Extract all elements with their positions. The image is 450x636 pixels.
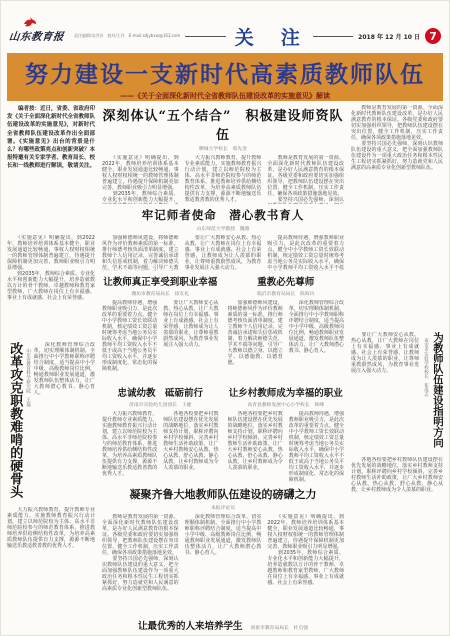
article-5-byline: 济南市实验幼儿园园长 王婕	[102, 401, 219, 408]
right-column: 教师是教育发展的第一资源。全面深化新时代教师队伍建设改革，是办好人民满意教育的根…	[351, 105, 443, 631]
page-header: 山东教育报 责任编辑/宋洪昌 校对/王玲 E-mail:sdjybxw@163.…	[9, 23, 441, 49]
section-title: 关 注	[231, 23, 308, 50]
article-row-2: 忠诚幼教 砥砺前行 济南市实验幼儿园园长 王婕 大力振兴教师教育，提升教师专业素…	[102, 385, 344, 483]
right-body-bottom: 各地各校要把乡村教师队伍建设摆在优先发展的战略地位，落实乡村教师支持计划，职称评…	[351, 457, 443, 631]
editor-note: 编者按：近日，省委、省政府印发《关于全面深化新时代全省教师队伍建设改革的实施意见…	[7, 105, 95, 235]
article-2-col-3: 提高教师待遇，增强教师职业吸引力，是此次改革的重要着力点。健全中小学教师工资长效…	[267, 235, 344, 271]
article-4-col-2: 深化教师管理综合改革，切实理顺体制机制。全面推行中小学教师职称评聘结合制度，适当…	[289, 300, 344, 382]
article-1: 深刻体认“五个结合” 积极建设师资队伍 聊城大学校长 蔡先金 《实施意见》明确提…	[102, 105, 344, 204]
article-6: 让乡村教师成为幸福的职业 高青县教师发展中心小学校长 韩峰 各地各校要把乡村教师…	[228, 385, 345, 483]
article-5-col-1: 大力振兴教师教育，提升教师专业素质能力。实施教师教育振兴行动计划，建立以师范院校…	[102, 411, 157, 483]
article-7-headline: 凝聚齐鲁大地教师队伍建设的磅礴之力	[102, 486, 344, 502]
article-5-col-2: 各地各校要把乡村教师队伍建设摆在优先发展的战略地位，落实乡村教师支持计划，职称评…	[163, 411, 218, 483]
article-2-col-1: 加强师德师风建设，将师德师风作为评价教师素质的第一标准。推行师德考核负面清单制度…	[102, 235, 179, 271]
article-8-byline: 高密市教育局局长 杜启强	[250, 624, 308, 631]
article-4-headline: 重教必先尊师	[228, 274, 345, 288]
article-6-headline: 让乡村教师成为幸福的职业	[228, 385, 345, 399]
article-5-headline: 忠诚幼教 砥砺前行	[102, 385, 219, 399]
masthead-info: 责任编辑/宋洪昌 校对/王玲 E-mail:sdjybxw@163.com	[74, 33, 180, 39]
left-column: 编者按：近日，省委、省政府印发《关于全面深化新时代全省教师队伍建设改革的实施意见…	[7, 105, 95, 631]
article-3: 让教师真正享受到职业幸福 潍坊市教育局局长 徐友礼 提高教师待遇，增强教师职业吸…	[102, 274, 219, 382]
article-2-headline: 牢记师者使命 潜心教书育人	[102, 207, 344, 223]
masthead-bird-icon	[23, 17, 37, 29]
content-area: 编者按：近日，省委、省政府印发《关于全面深化新时代全省教师队伍建设改革的实施意见…	[7, 105, 443, 631]
article-7-col-2: 深化教师管理综合改革，切实理顺体制机制。全面推行中小学教师职称评聘结合制度，适当…	[185, 514, 262, 612]
article-2-col-2: 要让广大教师安心从教、热心从教，让广大教师在岗位上有幸福感、事业上有成就感、社会…	[185, 235, 262, 271]
article-6-byline: 高青县教师发展中心小学校长 韩峰	[228, 401, 345, 408]
article-1-col-3: 教师是教育发展的第一资源。全面深化新时代教师队伍建设改革，是办好人民满意教育的根…	[267, 155, 344, 204]
right-vertical-headline: 为教师队伍建设指明方向	[431, 332, 443, 454]
article-1-byline: 聊城大学校长 蔡先金	[102, 145, 344, 152]
right-vertical-body: 要让广大教师安心从教、热心从教，让广大教师在岗位上有幸福感、事业上有成就感、社会…	[351, 332, 419, 454]
article-3-headline: 让教师真正享受到职业幸福	[102, 274, 219, 288]
newspaper-page: 山东教育报 责任编辑/宋洪昌 校对/王玲 E-mail:sdjybxw@163.…	[0, 0, 450, 636]
page-number-badge: 7	[425, 28, 441, 44]
article-8: 让最优秀的人来培养学生 高密市教育局局长 杜启强	[102, 618, 344, 631]
article-7-body: 教师是教育发展的第一资源。全面深化新时代教师队伍建设改革，是办好人民满意教育的根…	[102, 514, 344, 612]
header-rule-left	[185, 36, 225, 37]
article-1-col-2: 大力振兴教师教育，提升教师专业素质能力。实施教师教育振兴行动计划，建立以师范院校…	[185, 155, 262, 204]
left-vertical-body: 深化教师管理综合改革，切实理顺体制机制。全面推行中小学教师职称评聘结合制度，适当…	[34, 342, 95, 504]
article-7-col-3: 《实施意见》明确提出，到2022年，教师培养培训体系基本健全，职业发展通道比较畅…	[267, 514, 344, 612]
left-vertical-byline: 山东省教育科学研究院 王磊	[24, 342, 30, 504]
masthead-title: 山东教育报	[8, 29, 68, 44]
right-vertical-byline: 泰安市实验学校校长 崔成志	[422, 332, 428, 454]
article-5-body: 大力振兴教师教育，提升教师专业素质能力。实施教师教育振兴行动计划，建立以师范院校…	[102, 411, 219, 483]
article-1-headline: 深刻体认“五个结合” 积极建设师资队伍	[102, 105, 344, 143]
article-8-headline: 让最优秀的人来培养学生	[138, 618, 243, 631]
article-3-col-2: 要让广大教师安心从教、热心从教，让广大教师在岗位上有幸福感、事业上有成就感、社会…	[163, 300, 218, 382]
center-column: 深刻体认“五个结合” 积极建设师资队伍 聊城大学校长 蔡先金 《实施意见》明确提…	[102, 105, 344, 631]
left-vertical-headline: 改革攻克职教难啃的硬骨头	[7, 342, 21, 504]
article-1-col-1: 《实施意见》明确提出，到2022年，教师培养培训体系基本健全，职业发展通道比较畅…	[102, 155, 179, 204]
article-3-byline: 潍坊市教育局局长 徐友礼	[102, 290, 219, 297]
article-6-col-2: 提高教师待遇，增强教师职业吸引力，是此次改革的重要着力点。健全中小学教师工资长效…	[289, 411, 344, 483]
article-3-col-1: 提高教师待遇，增强教师职业吸引力，是此次改革的重要着力点。健全中小学教师工资长效…	[102, 300, 157, 382]
article-5: 忠诚幼教 砥砺前行 济南市实验幼儿园园长 王婕 大力振兴教师教育，提升教师专业素…	[102, 385, 219, 483]
article-2-body: 加强师德师风建设，将师德师风作为评价教师素质的第一标准。推行师德考核负面清单制度…	[102, 235, 344, 271]
article-7-col-1: 教师是教育发展的第一资源。全面深化新时代教师队伍建设改革，是办好人民满意教育的根…	[102, 514, 179, 612]
main-headline: 努力建设一支新时代高素质教师队伍	[7, 56, 443, 89]
article-7: 凝聚齐鲁大地教师队伍建设的磅礴之力 本报评论员 教师是教育发展的第一资源。全面深…	[102, 486, 344, 612]
article-2-byline: 山东师范大学教授 魏薇	[102, 225, 344, 232]
publication-date: 2018 年 12 月 10 日	[358, 32, 420, 41]
main-subheadline: ——《关于全面深化新时代全省教师队伍建设改革的实施意见》解读	[7, 91, 443, 101]
header-rule-right	[313, 36, 353, 37]
article-4-col-1: 加强师德师风建设，将师德师风作为评价教师素质的第一标准。推行师德考核负面清单制度…	[228, 300, 283, 382]
right-body-top: 教师是教育发展的第一资源。全面深化新时代教师队伍建设改革，是办好人民满意教育的根…	[351, 105, 443, 329]
article-7-byline: 本报评论员	[102, 504, 344, 511]
left-body-bottom: 大力振兴教师教育，提升教师专业素质能力。实施教师教育振兴行动计划，建立以师范院校…	[7, 507, 95, 631]
article-1-body: 《实施意见》明确提出，到2022年，教师培养培训体系基本健全，职业发展通道比较畅…	[102, 155, 344, 204]
article-6-body: 各地各校要把乡村教师队伍建设摆在优先发展的战略地位，落实乡村教师支持计划，职称评…	[228, 411, 345, 483]
left-vertical-article: 改革攻克职教难啃的硬骨头 山东省教育科学研究院 王磊 深化教师管理综合改革，切实…	[7, 342, 95, 504]
article-2: 牢记师者使命 潜心教书育人 山东师范大学教授 魏薇 加强师德师风建设，将师德师风…	[102, 207, 344, 271]
main-banner: 努力建设一支新时代高素质教师队伍 ——《关于全面深化新时代全省教师队伍建设改革的…	[7, 53, 443, 101]
article-4-byline: 临沂市教育局局长 陈海玲	[228, 290, 345, 297]
left-body-top: 《实施意见》明确提出，到2022年，教师培养培训体系基本健全，职业发展通道比较畅…	[7, 235, 95, 339]
right-vertical-article: 要让广大教师安心从教、热心从教，让广大教师在岗位上有幸福感、事业上有成就感、社会…	[351, 332, 443, 454]
article-3-body: 提高教师待遇，增强教师职业吸引力，是此次改革的重要着力点。健全中小学教师工资长效…	[102, 300, 219, 382]
masthead: 山东教育报	[9, 29, 67, 44]
article-4: 重教必先尊师 临沂市教育局局长 陈海玲 加强师德师风建设，将师德师风作为评价教师…	[228, 274, 345, 382]
article-6-col-1: 各地各校要把乡村教师队伍建设摆在优先发展的战略地位，落实乡村教师支持计划，职称评…	[228, 411, 283, 483]
article-4-body: 加强师德师风建设，将师德师风作为评价教师素质的第一标准。推行师德考核负面清单制度…	[228, 300, 345, 382]
article-row-1: 让教师真正享受到职业幸福 潍坊市教育局局长 徐友礼 提高教师待遇，增强教师职业吸…	[102, 274, 344, 382]
